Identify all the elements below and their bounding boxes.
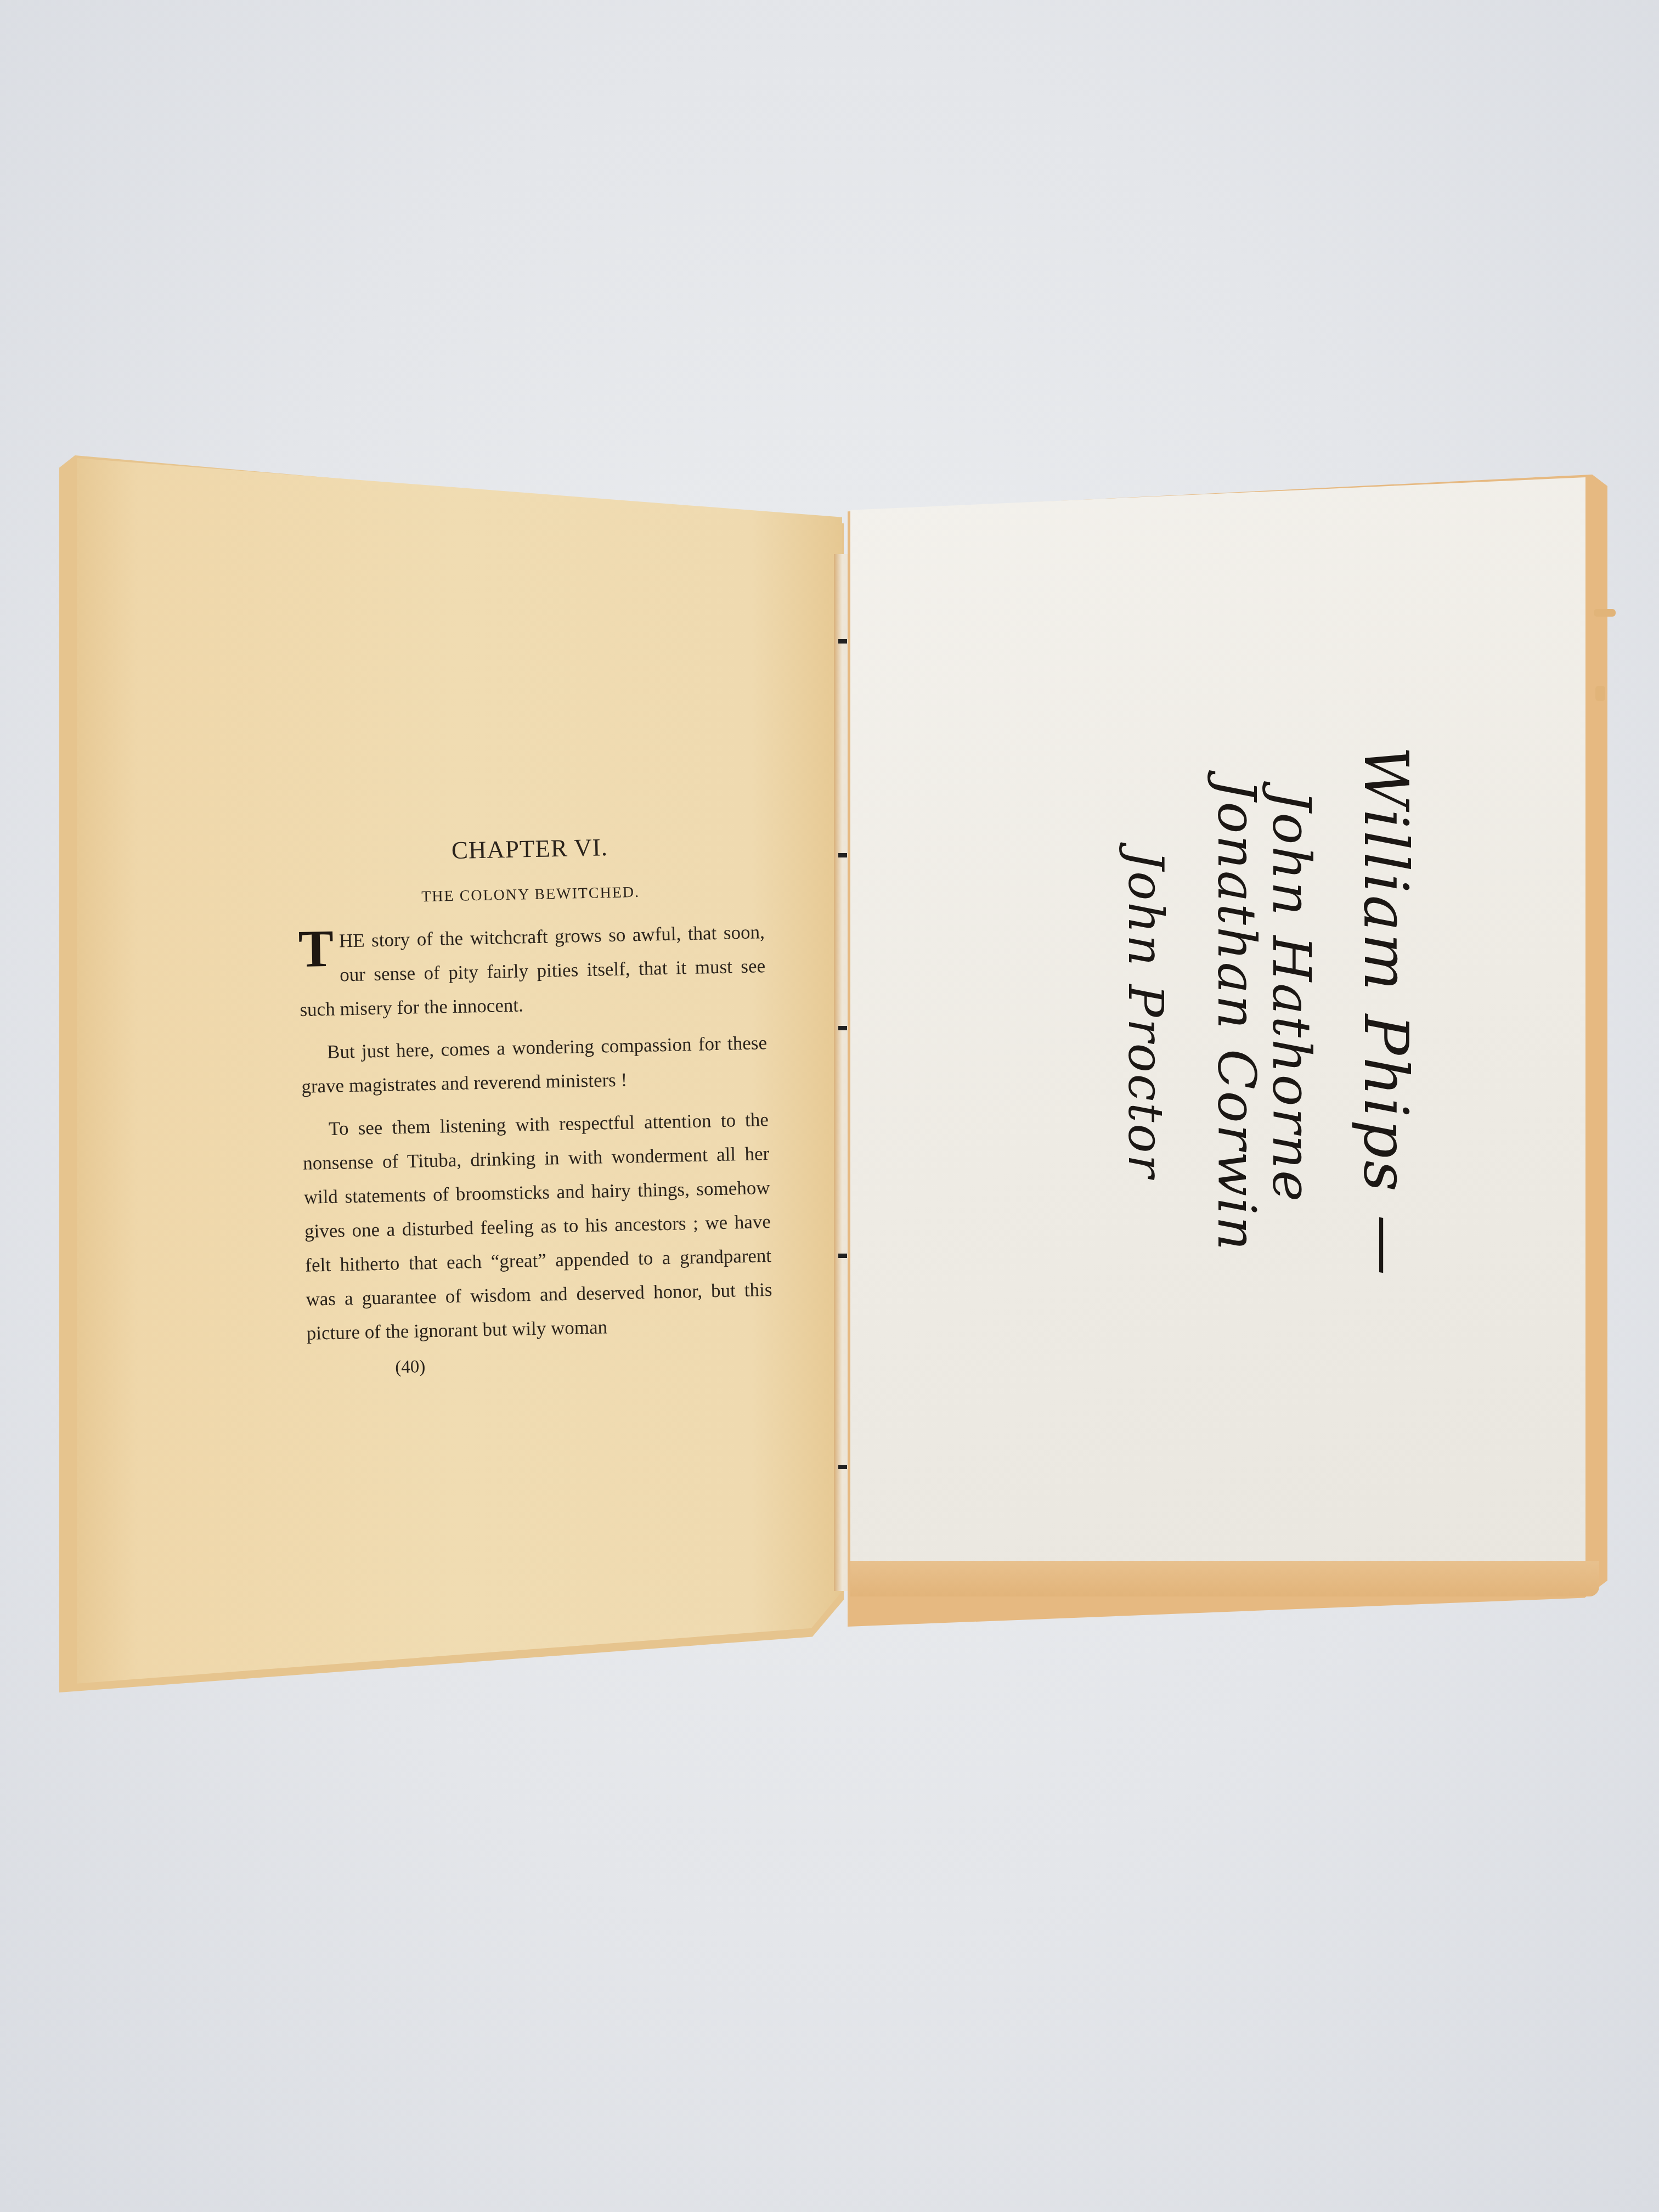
paragraph-1: T HE story of the witchcraft grows so aw…: [298, 915, 766, 1027]
torn-edge-tab: [1594, 609, 1616, 617]
book-photo-scene: CHAPTER VI. THE COLONY BEWITCHED. T HE s…: [0, 0, 1659, 2212]
facsimile-signatures: William Phips — John Hathorne Jonathan C…: [927, 746, 1421, 1350]
paragraph-3: To see them listening with respectful at…: [302, 1103, 773, 1351]
signature-william-phips: William Phips —: [1351, 746, 1421, 1278]
right-page-bottom-edge: [850, 1561, 1599, 1596]
ornamental-dropcap: T: [298, 927, 334, 971]
signature-john-proctor: John Proctor: [1118, 850, 1174, 1180]
chapter-subtitle: THE COLONY BEWITCHED.: [297, 881, 764, 909]
left-page-text: CHAPTER VI. THE COLONY BEWITCHED. T HE s…: [296, 830, 774, 1380]
binding-stitch: [838, 639, 847, 644]
signature-john-hathorne: John Hathorne: [1261, 790, 1322, 1203]
paragraph-1-text: HE story of the witchcraft grows so awfu…: [300, 921, 765, 1020]
binding-stitch: [838, 1254, 847, 1258]
paragraph-2: But just here, comes a wondering compass…: [300, 1026, 768, 1104]
binding-stitch: [838, 853, 847, 857]
torn-edge-tab: [1595, 686, 1605, 701]
signature-jonathan-corwin: Jonathan Corwin: [1206, 779, 1267, 1252]
binding-stitch: [838, 1465, 847, 1469]
binding-stitch: [838, 1026, 847, 1030]
chapter-body: T HE story of the witchcraft grows so aw…: [298, 915, 773, 1351]
